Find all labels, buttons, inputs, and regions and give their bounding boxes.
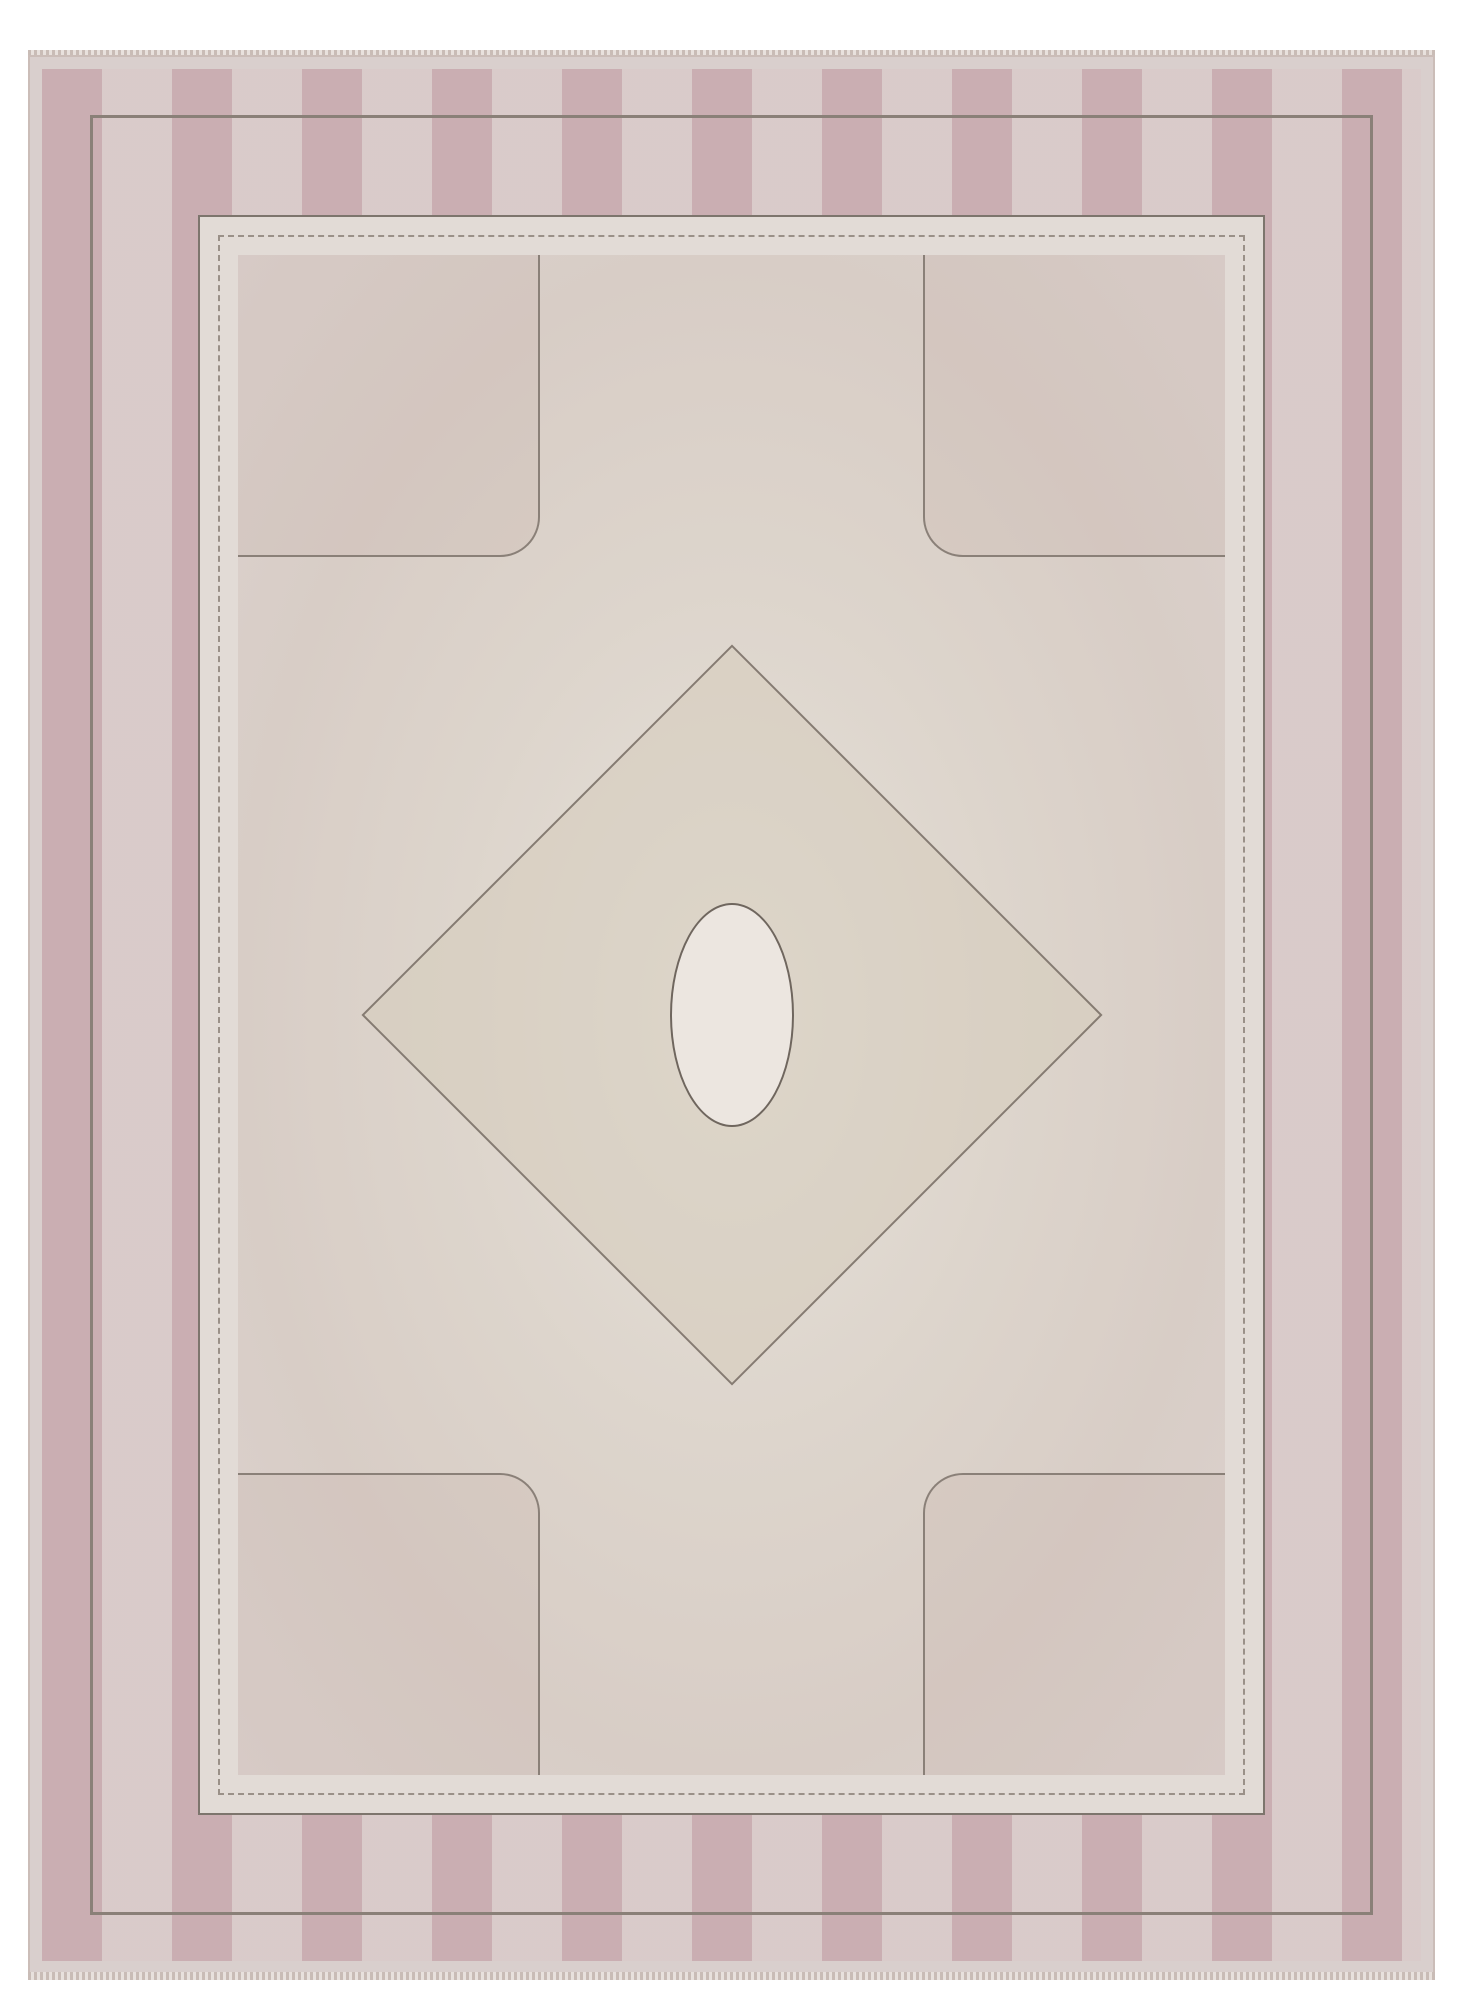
rug-fringe-bottom <box>28 1972 1435 1980</box>
rug <box>28 55 1435 1975</box>
medallion-core <box>670 903 794 1127</box>
rug-field <box>238 255 1225 1775</box>
central-medallion <box>452 415 1012 1615</box>
